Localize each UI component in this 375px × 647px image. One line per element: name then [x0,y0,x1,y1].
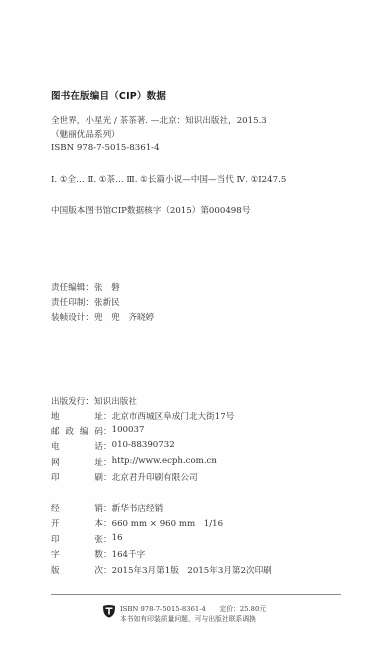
pub-value: 16 [112,533,123,545]
credit-print-supervisor: 责任印制：张新民 [51,296,120,308]
pub-row-publisher: 出版发行：知识出版社 [51,395,137,407]
pub-label: 版次 [51,564,103,576]
publisher-shield-logo-icon [102,603,116,617]
pub-colon: ： [103,410,112,422]
pub-colon: ： [103,471,112,483]
pub-value: 100037 [112,425,145,437]
pub-colon: ： [103,533,112,545]
credit-label: 责任编辑： [51,283,94,293]
copyright-page: 图书在版编目（CIP）数据 全世界，小星光 / 茶茶著. —北京：知识出版社，2… [0,0,375,647]
pub-label: 开本 [51,517,103,529]
credit-label: 责任印制： [51,298,94,308]
pub-label: 印刷 [51,471,103,483]
footer-divider [51,594,341,595]
pub-row-format: 开本：660 mm × 960 mm 1/16 [51,517,223,529]
pub-colon: ： [103,440,112,452]
credit-value: 兜 兜 齐晓婷 [94,313,154,323]
pub-label: 出版发行 [51,395,85,407]
cip-book-info: 全世界，小星光 / 茶茶著. —北京：知识出版社，2015.3 [51,114,267,126]
pub-colon: ： [103,564,112,576]
cip-series: （魅丽优品系列） [51,128,120,140]
pub-row-edition: 版次：2015年3月第1版 2015年3月第2次印刷 [51,564,272,576]
credit-label: 装帧设计： [51,313,94,323]
footer-isbn-price: ISBN 978-7-5015-8361-4 定价：25.80元 [120,603,266,613]
pub-label: 经销 [51,502,103,514]
pub-row-postcode: 邮政编码：100037 [51,425,144,437]
pub-colon: ： [103,456,112,468]
pub-label: 网址 [51,456,103,468]
pub-colon: ： [103,517,112,529]
pub-label: 地址 [51,410,103,422]
pub-row-address: 地址：北京市西城区阜成门北大街17号 [51,410,234,422]
cip-record-number: 中国版本图书馆CIP数据核字（2015）第000498号 [51,204,250,216]
pub-value: 新华书店经销 [112,502,164,514]
pub-value: 北京市西城区阜成门北大街17号 [112,410,235,422]
credit-value: 张 磐 [94,283,120,293]
credit-designer: 装帧设计：兜 兜 齐晓婷 [51,311,154,323]
pub-row-distributor: 经销：新华书店经销 [51,502,163,514]
pub-value: 2015年3月第1版 2015年3月第2次印刷 [112,564,272,576]
pub-label: 邮政编码 [51,425,103,437]
pub-value-url: http://www.ecph.com.cn [112,456,217,468]
pub-value: 010-88390732 [112,440,175,452]
pub-row-phone: 电话：010-88390732 [51,440,175,452]
footer-quality-notice: 本书如有印装质量问题，可与出版社联系调换 [120,613,256,623]
pub-row-sheets: 印张：16 [51,533,123,545]
pub-value: 北京君升印刷有限公司 [112,471,198,483]
pub-colon: ： [103,425,112,437]
pub-label: 电话 [51,440,103,452]
pub-colon: ： [103,548,112,560]
pub-label: 字数 [51,548,103,560]
credit-editor: 责任编辑：张 磐 [51,281,120,293]
cip-isbn: ISBN 978-7-5015-8361-4 [51,143,160,153]
pub-label: 印张 [51,533,103,545]
cip-title: 图书在版编目（CIP）数据 [51,88,166,102]
credit-value: 张新民 [94,298,120,308]
cip-classification: Ⅰ. ①全… Ⅱ. ①茶… Ⅲ. ①长篇小说—中国—当代 Ⅳ. ①I247.5 [51,173,286,185]
pub-colon: ： [85,395,94,407]
pub-row-word-count: 字数：164千字 [51,548,145,560]
pub-colon: ： [103,502,112,514]
pub-value: 知识出版社 [94,395,137,407]
pub-row-website: 网址：http://www.ecph.com.cn [51,456,217,468]
pub-row-printer: 印刷：北京君升印刷有限公司 [51,471,198,483]
pub-value: 164千字 [112,548,146,560]
pub-value: 660 mm × 960 mm 1/16 [112,517,223,529]
